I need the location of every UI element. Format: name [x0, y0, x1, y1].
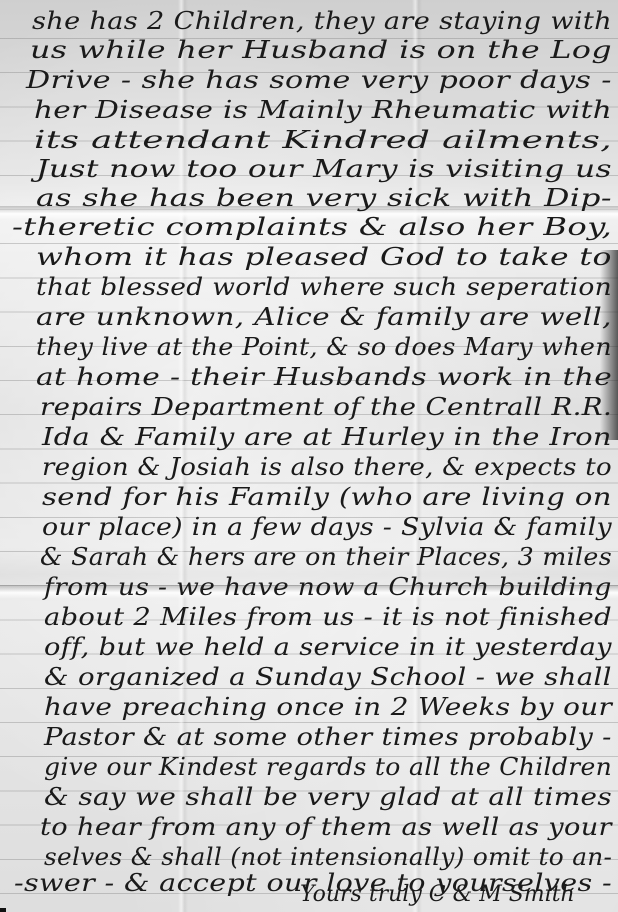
letter-line: send for his Family (who are living on: [42, 480, 612, 514]
letter-line: whom it has pleased God to take to: [36, 240, 612, 274]
letter-line: about 2 Miles from us - it is not finish…: [44, 600, 612, 634]
letter-line: to hear from any of them as well as your: [40, 810, 612, 844]
letter-line: off, but we held a service in it yesterd…: [44, 630, 612, 664]
letter-line: repairs Department of the Centrall R.R.: [40, 390, 612, 424]
scan-edge-mark: [0, 908, 6, 912]
letter-line: Ida & Family are at Hurley in the Iron: [42, 420, 612, 454]
letter-line: Pastor & at some other times probably -: [44, 720, 612, 754]
letter-line: have preaching once in 2 Weeks by our: [44, 690, 612, 724]
letter-line: from us - we have now a Church building: [44, 570, 612, 604]
letter-line: & Sarah & hers are on their Places, 3 mi…: [40, 540, 612, 574]
letter-line: & say we shall be very glad at all times: [44, 780, 612, 814]
letter-line: at home - their Husbands work in the: [36, 360, 612, 394]
letter-line: our place) in a few days - Sylvia & fami…: [42, 510, 612, 544]
letter-line: Drive - she has some very poor days -: [26, 63, 612, 97]
letter-page: she has 2 Children, they are staying wit…: [0, 0, 618, 912]
letter-line: that blessed world where such seperation: [36, 270, 612, 304]
letter-line: her Disease is Mainly Rheumatic with: [34, 93, 612, 127]
letter-line: region & Josiah is also there, & expects…: [42, 450, 612, 484]
letter-line: us while her Husband is on the Log: [30, 33, 612, 67]
signature: Yours truly C & M Smith: [300, 880, 575, 910]
letter-line: give our Kindest regards to all the Chil…: [44, 750, 612, 784]
letter-line: they live at the Point, & so does Mary w…: [36, 330, 612, 364]
letter-line: & organized a Sunday School - we shall: [44, 660, 612, 694]
letter-line: are unknown, Alice & family are well,: [36, 300, 612, 334]
letter-line: -theretic complaints & also her Boy,: [12, 210, 612, 244]
